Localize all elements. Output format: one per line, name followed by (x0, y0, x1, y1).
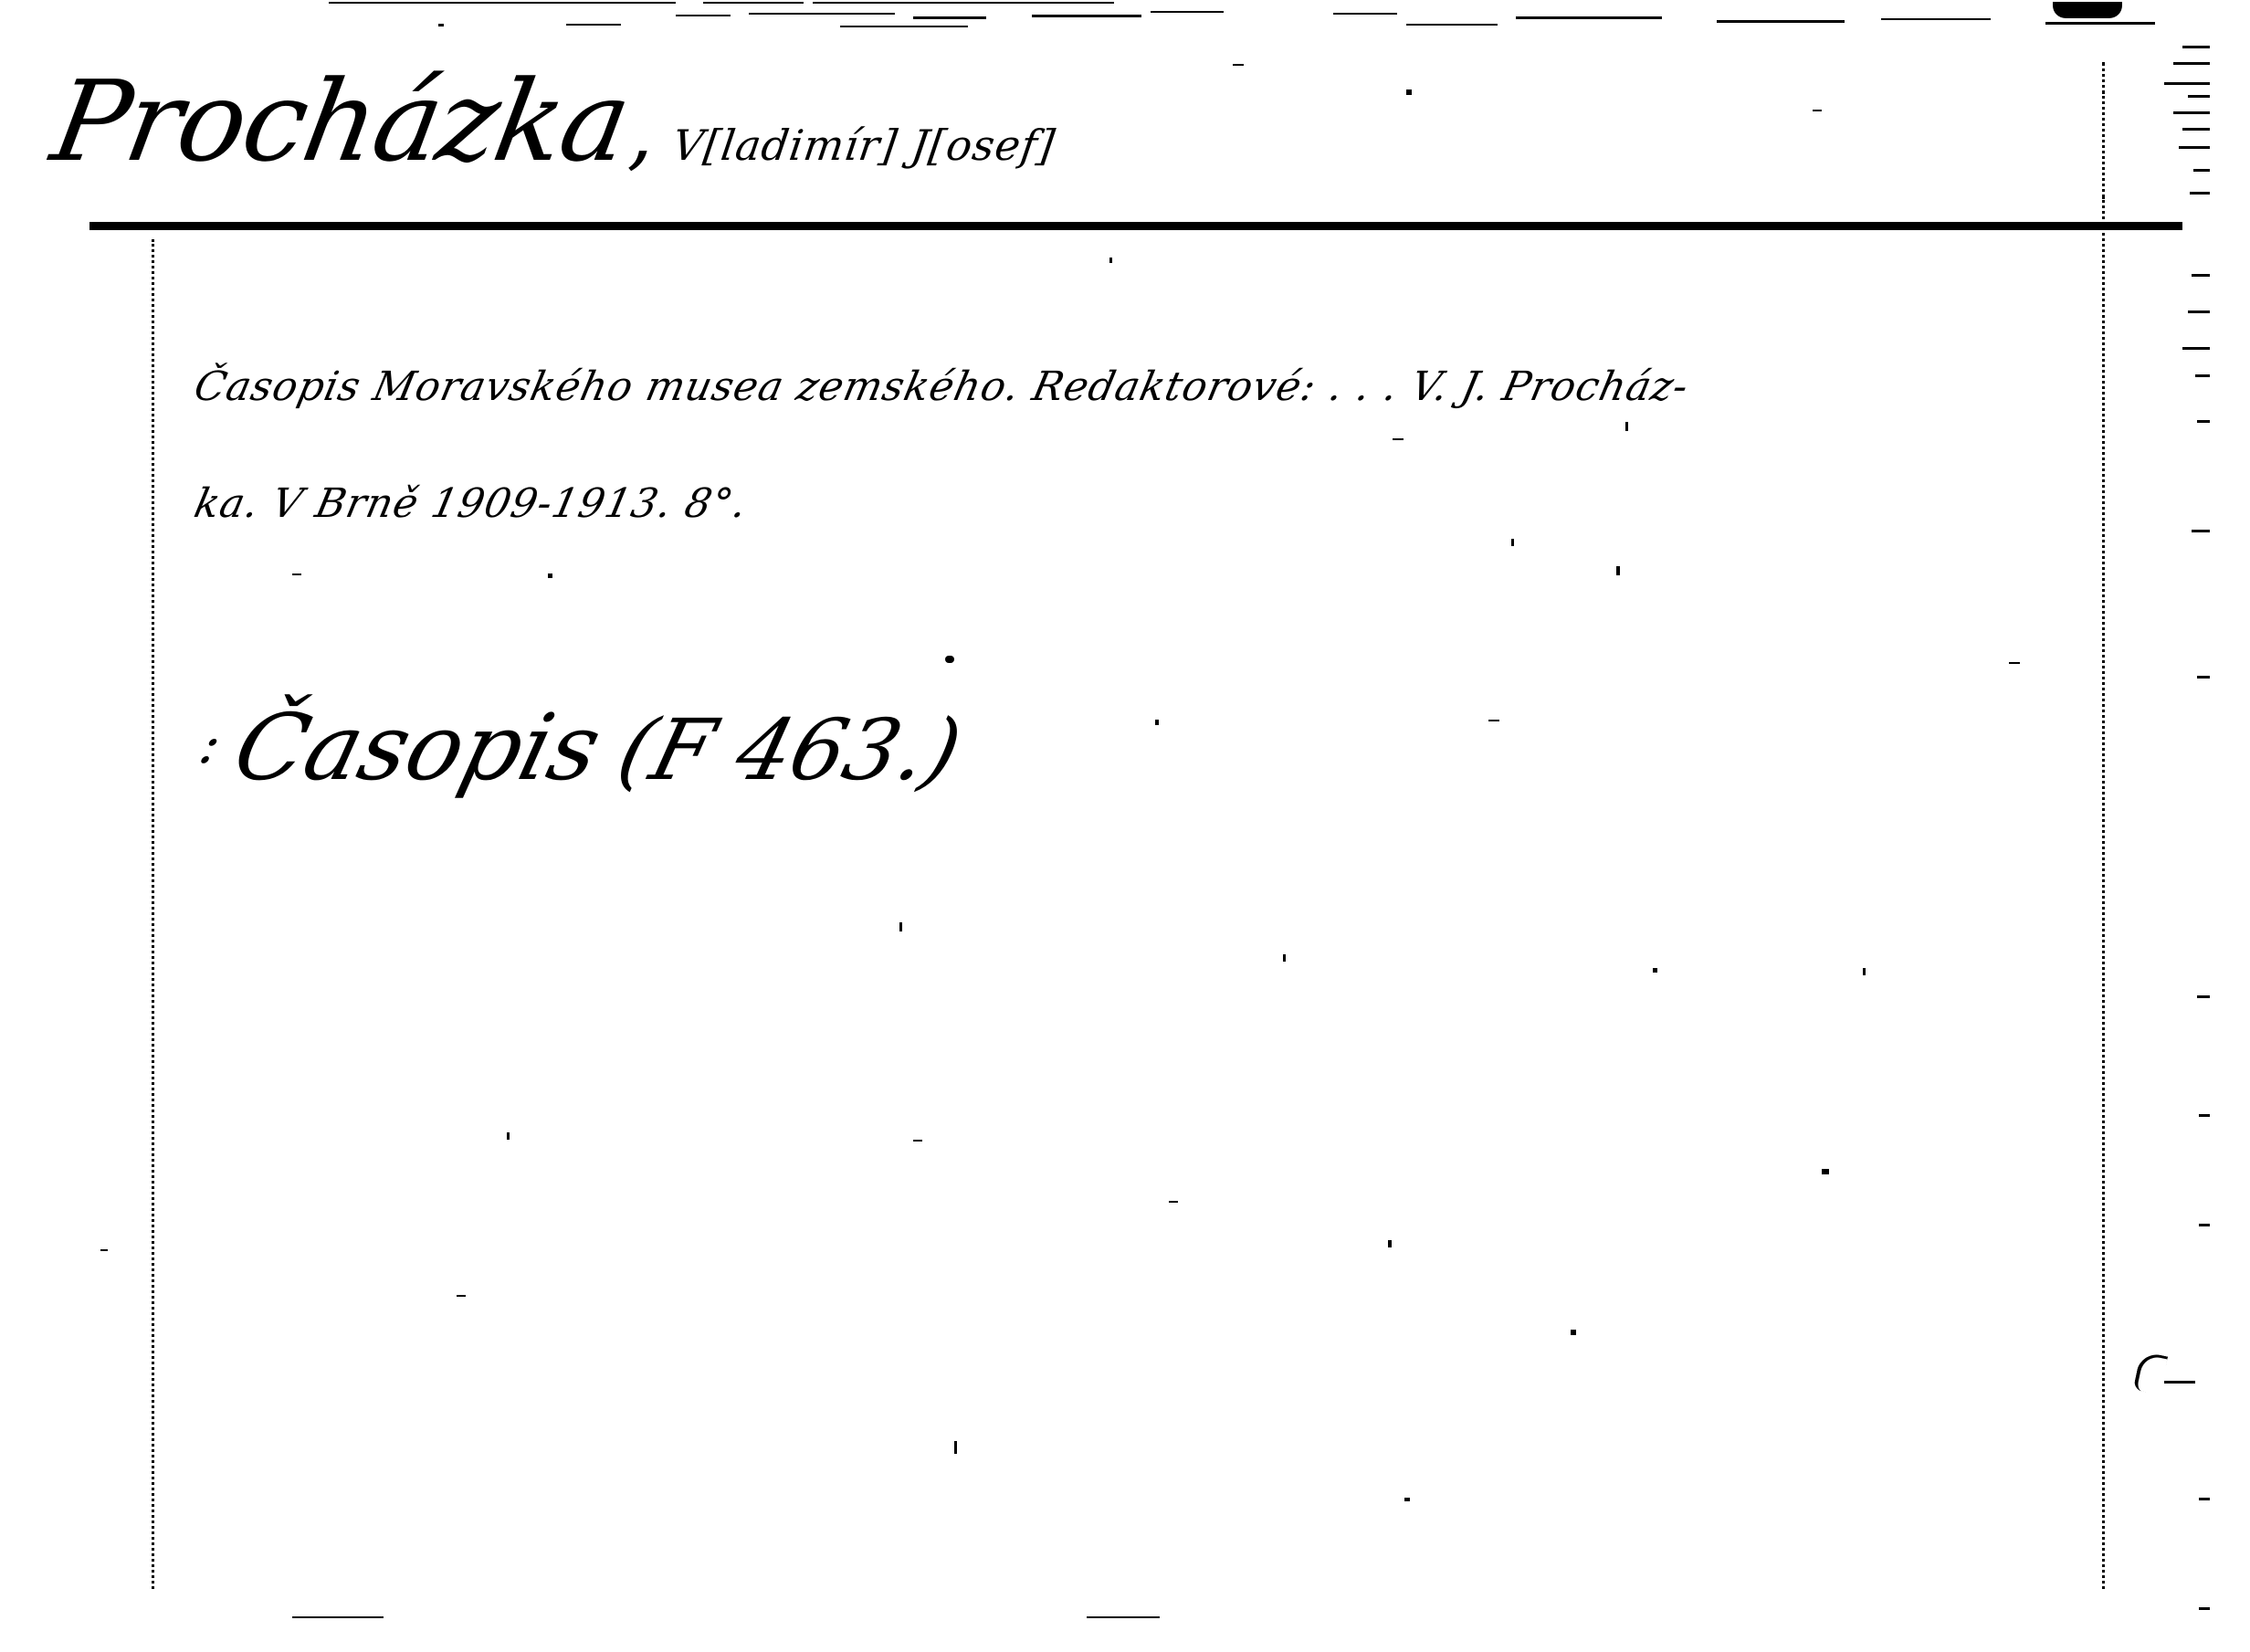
shelfmark: (F 463.) (609, 701, 971, 799)
speck (1511, 539, 1514, 546)
speck (1155, 720, 1159, 725)
speck (507, 1132, 510, 1140)
speck (899, 922, 902, 931)
author-given-names: V[ladimír] J[osef] (669, 121, 1058, 170)
subject-prefix: : (194, 712, 228, 776)
speck (548, 573, 552, 578)
speck (292, 1616, 384, 1618)
subject-term: Časopis (224, 694, 611, 801)
speck (913, 1140, 922, 1142)
speck (1406, 89, 1412, 95)
speck (292, 573, 301, 575)
scan-edge-ticks (2155, 37, 2210, 1626)
speck (1283, 954, 1286, 962)
speck (954, 1441, 957, 1454)
speck (1625, 422, 1628, 431)
speck (1571, 1330, 1576, 1335)
catalog-card: Procházka , V[ladimír] J[osef] Časopis M… (0, 0, 2250, 1652)
description-line-2: ka. V Brně 1909-1913. 8°. (183, 446, 2116, 563)
scan-noise-top-edge (329, 0, 2228, 37)
speck (100, 1249, 108, 1251)
speck (1488, 720, 1499, 721)
speck (1404, 1498, 1410, 1501)
scan-blot (2053, 2, 2122, 18)
heading-rule (89, 222, 2182, 230)
bibliographic-description: Časopis Moravského musea zemského. Redak… (183, 329, 2091, 563)
speck (1822, 1169, 1829, 1174)
card-heading-author: Procházka , V[ladimír] J[osef] (55, 57, 1055, 221)
right-margin-dots (2102, 91, 2105, 1589)
corner-mark-tail (2164, 1381, 2195, 1384)
speck (1388, 1240, 1392, 1247)
speck (1233, 64, 1244, 66)
speck (2009, 662, 2020, 664)
speck (1169, 1201, 1178, 1203)
speck (1109, 258, 1112, 263)
left-margin-dots (152, 239, 154, 1589)
speck (1087, 1616, 1160, 1618)
speck (457, 1295, 466, 1297)
description-line-1: Časopis Moravského musea zemského. Redak… (183, 329, 2116, 446)
speck (1616, 566, 1620, 575)
speck (1863, 968, 1866, 975)
speck (945, 656, 954, 663)
author-surname: Procházka (43, 57, 637, 186)
speck (1813, 110, 1822, 111)
subject-entry: :Časopis(F 463.) (187, 694, 973, 801)
speck (1393, 438, 1404, 440)
speck (1653, 968, 1657, 973)
